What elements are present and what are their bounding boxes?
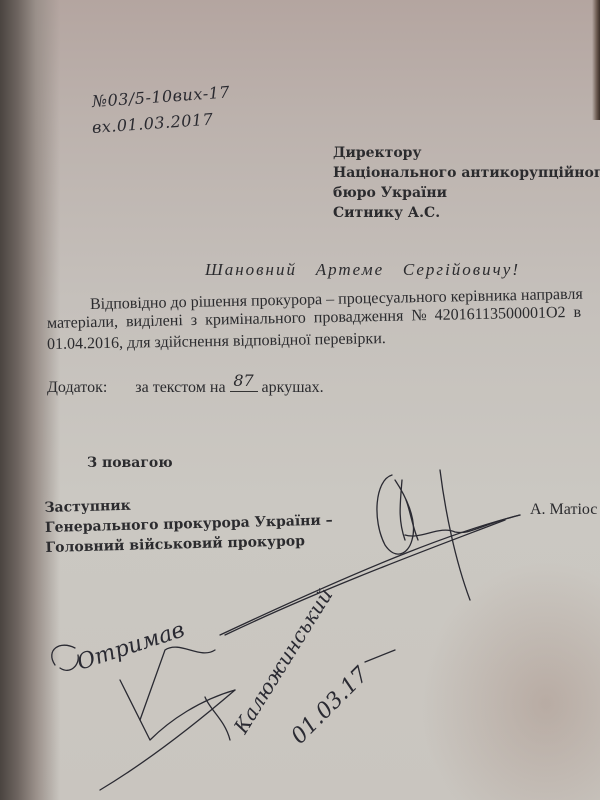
receipt-date: 01.03.17	[287, 662, 374, 749]
signature-ink: Отримав Калюжинський 01.03.17	[0, 0, 600, 800]
document-page: №03/5-10вих-17 вх.01.03.2017 Директору Н…	[0, 0, 600, 800]
receipt-word: Отримав	[74, 618, 188, 676]
